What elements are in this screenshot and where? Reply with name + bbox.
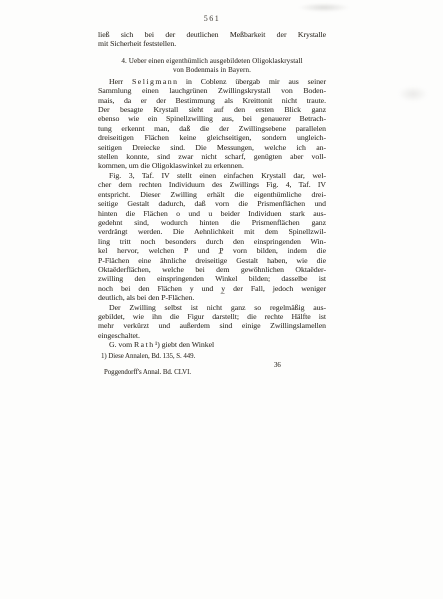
text-line: Herr S e l i g m a n n in Coblenz überga… — [98, 77, 326, 86]
text-line: kommen, um die Oligoklaswinkel zu erkenn… — [98, 161, 326, 170]
book-page: 561 ließ sich bei der deutlichen Meßbark… — [0, 0, 443, 599]
text-line: Der besagte Krystall sieht auf den erste… — [98, 105, 326, 114]
paragraph-vom-rath: G. vom R a t h ¹) giebt den Winkel — [98, 340, 326, 349]
sheet-signature: 36 — [274, 361, 281, 370]
text-line: hinten die Flächen o und u beider Indivi… — [98, 209, 326, 218]
text-line: entspricht. Dieser Zwilling erhält die e… — [98, 190, 326, 199]
paragraph-fig3: Fig. 3, Taf. IV stellt einen einfachen K… — [98, 171, 326, 303]
text-line: P-Flächen eine ähnliche dreiseitige Gest… — [98, 256, 326, 265]
text-line: mais, da er der Bestimmung als Kreittoni… — [98, 96, 326, 105]
text-line: verdrängt werden. Die Aehnlichkeit mit d… — [98, 227, 326, 236]
scan-smudge — [398, 86, 428, 102]
text-line: mit Sicherheit feststellen. — [98, 39, 326, 48]
text-line: zwilling den einspringenden Winkel bilde… — [98, 274, 326, 283]
text-line: cher dem rechten Individuum des Zwilling… — [98, 180, 326, 189]
text-line: ebenso wie ein Spinellzwilling aus, bei … — [98, 114, 326, 123]
text-line: gedehnt sind, wodurch hinten die Prismen… — [98, 218, 326, 227]
text-line: 4. Ueber einen eigenthümlich ausgebildet… — [98, 57, 326, 66]
text-line: deutlich, als bei den P-Flächen. — [98, 293, 326, 302]
text-line: stellen konnte, sind zwar nicht scharf, … — [98, 152, 326, 161]
journal-imprint: Poggendorff's Annal. Bd. CLVI. — [104, 369, 191, 376]
text-line: ließ sich bei der deutlichen Meßbarkeit … — [98, 30, 326, 39]
text-line: gebildet, wie ihn die Figur darstellt; d… — [98, 312, 326, 321]
text-column: ließ sich bei der deutlichen Meßbarkeit … — [98, 30, 326, 379]
text-line: seitigen Dreiecke sind. Die Messungen, w… — [98, 143, 326, 152]
text-line: seitige Gestalt dadurch, daß vorn die Pr… — [98, 199, 326, 208]
text-line: dreiseitigen Flächen keine gleichseitige… — [98, 133, 326, 142]
footnotes: 1) Diese Annalen, Bd. 135, S. 449. Pogge… — [98, 352, 326, 379]
text-line: Der Zwilling selbst ist nicht ganz so re… — [98, 303, 326, 312]
text-line: noch bei den Flächen y und y̲ der Fall, … — [98, 284, 326, 293]
text-line: tung erkennt man, daß die der Zwillingse… — [98, 124, 326, 133]
text-line: Fig. 3, Taf. IV stellt einen einfachen K… — [98, 171, 326, 180]
text-line: Oktaëderflächen, welche bei dem gewöhnli… — [98, 265, 326, 274]
text-line: Sammlung einen lauchgrünen Zwillingskrys… — [98, 86, 326, 95]
text-line: eingeschaltet. — [98, 331, 326, 340]
paragraph-continuation: ließ sich bei der deutlichen Meßbarkeit … — [98, 30, 326, 49]
paragraph-seligmann: Herr S e l i g m a n n in Coblenz überga… — [98, 77, 326, 171]
text-line: ling tritt noch besonders durch den eins… — [98, 237, 326, 246]
scan-smudge — [298, 3, 350, 12]
text-line: kel hervor, welchen P und P̲ vorn bilden… — [98, 246, 326, 255]
footnote-reference: 1) Diese Annalen, Bd. 135, S. 449. — [98, 352, 326, 361]
paragraph-zwilling: Der Zwilling selbst ist nicht ganz so re… — [98, 303, 326, 341]
footnote-journal-row: Poggendorff's Annal. Bd. CLVI. 36 — [98, 361, 326, 379]
text-line: G. vom R a t h ¹) giebt den Winkel — [98, 340, 326, 349]
text-line: von Bodenmais in Bayern. — [98, 66, 326, 75]
section-heading: 4. Ueber einen eigenthümlich ausgebildet… — [98, 57, 326, 75]
page-number: 561 — [98, 14, 326, 23]
text-line: mehr verkürzt und außerdem sind einige Z… — [98, 321, 326, 330]
